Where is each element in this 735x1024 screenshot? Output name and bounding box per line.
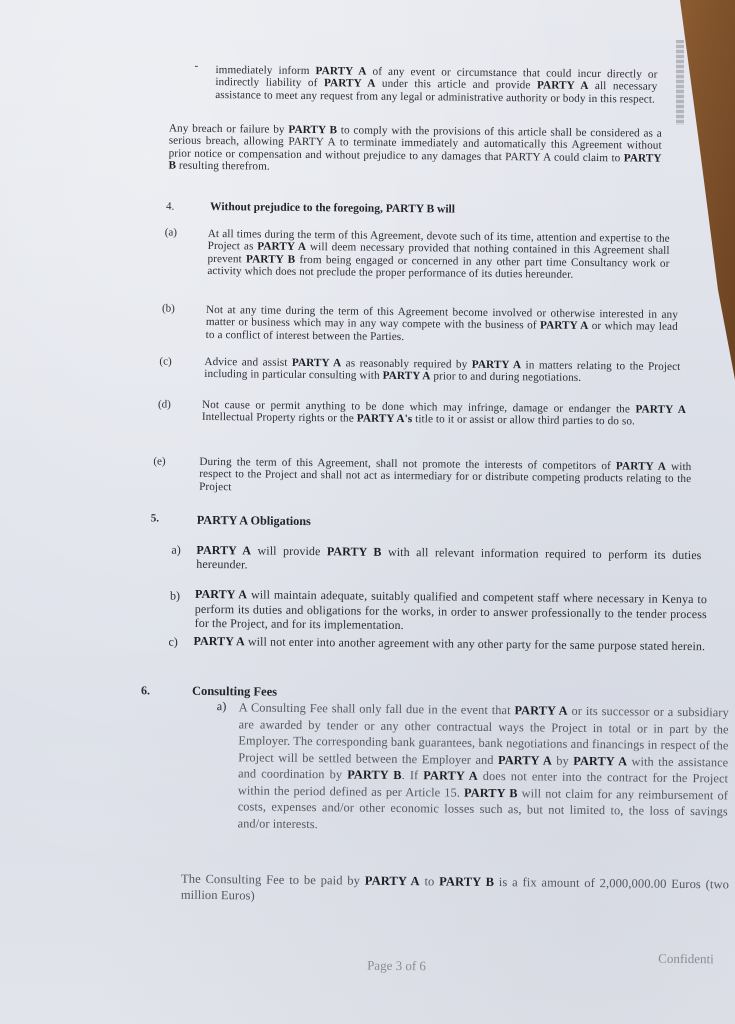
section-5-item-c: PARTY A will not enter into another agre… <box>193 634 709 654</box>
item-label: (a) <box>165 227 177 239</box>
section-6-number: 6. <box>141 683 150 698</box>
top-bullet-text: immediately inform PARTY A of any event … <box>215 64 657 106</box>
section-5-item-b: PARTY A will maintain adequate, suitably… <box>195 587 707 636</box>
section-5-heading: PARTY A Obligations <box>197 513 311 529</box>
section-4-item-e: During the term of this Agreement, shall… <box>199 456 691 498</box>
section-4-item-a: At all times during the term of this Agr… <box>207 228 669 282</box>
confidential-label: Confidenti <box>658 951 714 968</box>
section-5-item-a: PARTY A will provide PARTY B with all re… <box>196 543 701 576</box>
section-6-item-a: A Consulting Fee shall only fall due in … <box>238 699 729 836</box>
item-label: (e) <box>153 455 165 467</box>
document-content: - immediately inform PARTY A of any even… <box>0 0 735 1024</box>
item-label: c) <box>168 635 177 650</box>
fee-paragraph: The Consulting Fee to be paid by PARTY A… <box>181 871 729 909</box>
section-5-number: 5. <box>151 512 159 524</box>
section-4-item-b: Not at any time during the term of this … <box>206 304 678 346</box>
page-number: Page 3 of 6 <box>367 958 426 975</box>
item-label: b) <box>170 589 180 604</box>
item-label: (d) <box>158 398 171 410</box>
breach-paragraph: Any breach or failure by PARTY B to comp… <box>168 123 661 178</box>
item-label: (c) <box>159 355 171 367</box>
section-6-heading: Consulting Fees <box>192 684 277 700</box>
section-4-number: 4. <box>166 201 174 213</box>
item-label: a) <box>217 699 227 714</box>
item-label: a) <box>171 543 180 558</box>
section-4-item-d: Not cause or permit anything to be done … <box>202 399 686 429</box>
section-4-heading: Without prejudice to the foregoing, PART… <box>210 201 455 216</box>
section-4-item-c: Advice and assist PARTY A as reasonably … <box>204 356 680 386</box>
item-label: (b) <box>162 302 175 314</box>
bullet-marker: - <box>194 60 198 72</box>
